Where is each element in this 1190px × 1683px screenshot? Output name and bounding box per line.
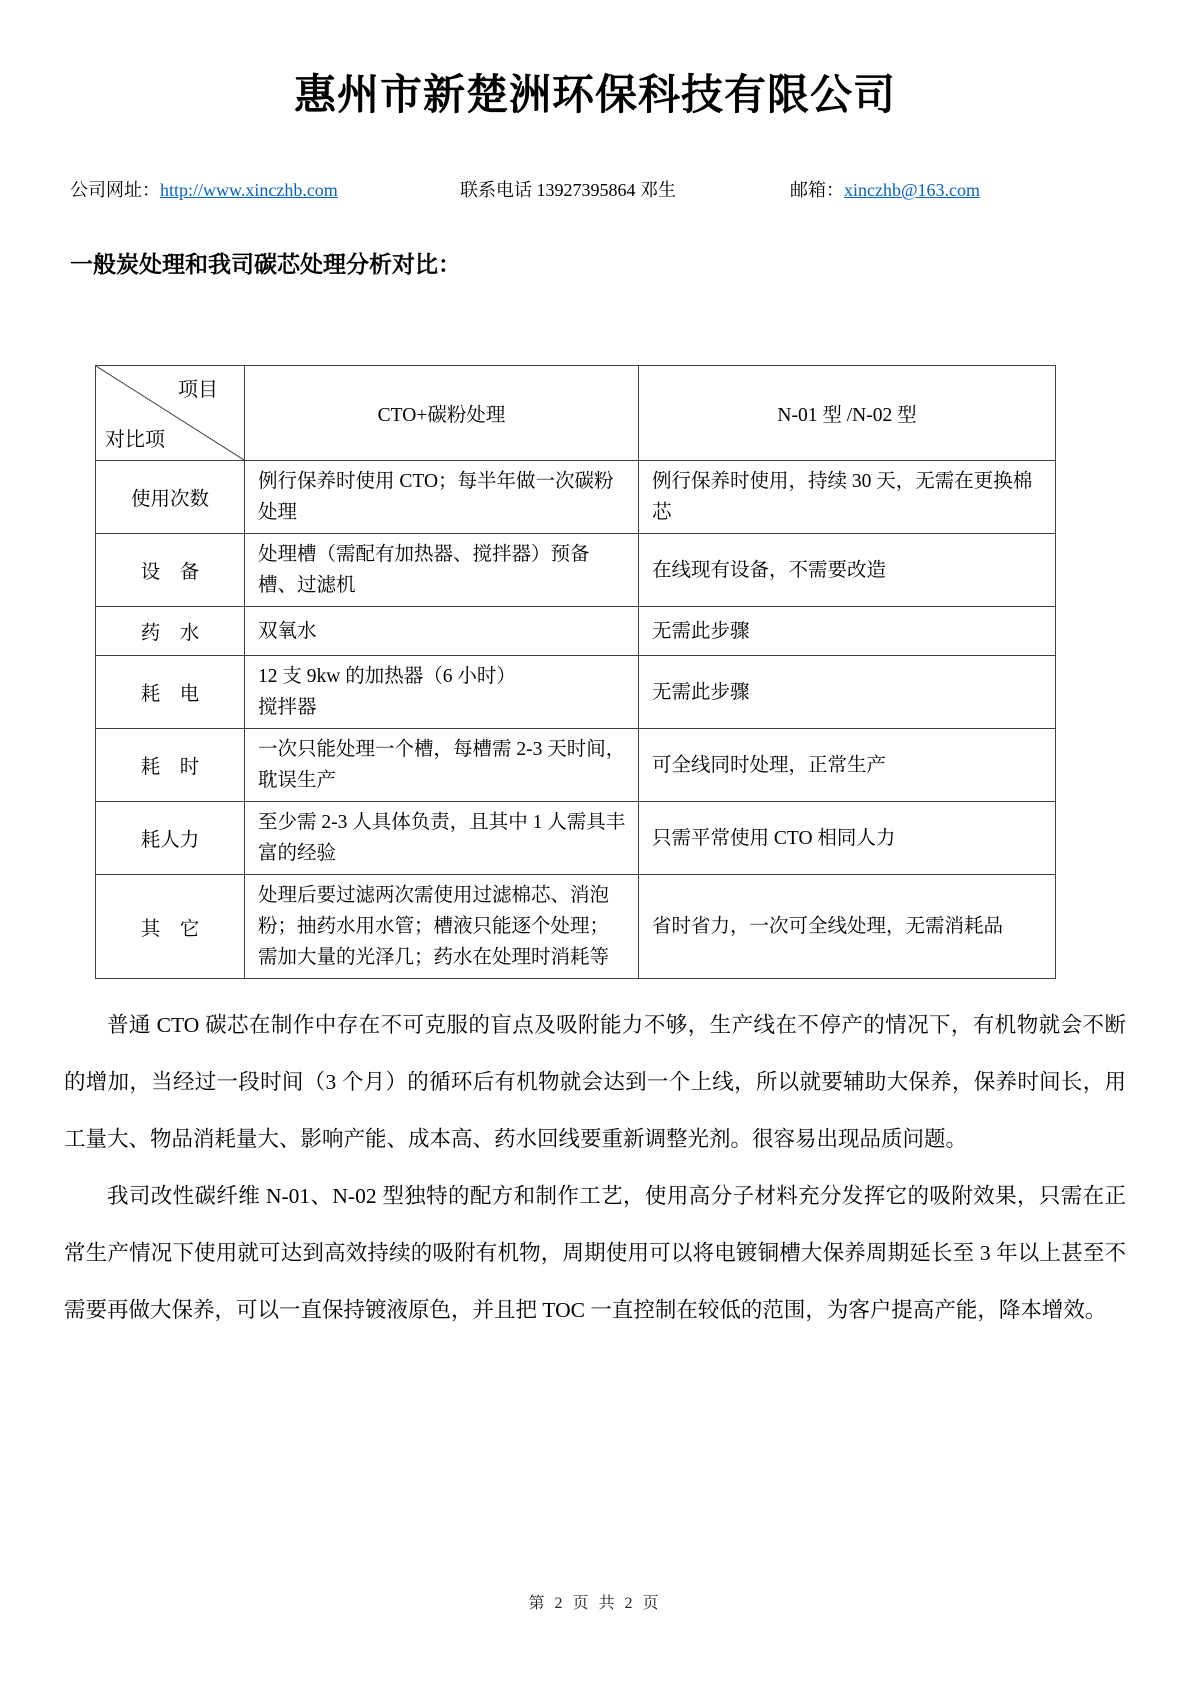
row-n-cell: 在线现有设备，不需要改造 (639, 534, 1056, 607)
row-label: 耗人力 (96, 802, 245, 875)
corner-top-label: 项目 (178, 373, 218, 402)
row-n-cell: 无需此步骤 (639, 656, 1056, 729)
email-link[interactable]: xinczhb@163.com (844, 180, 980, 200)
row-n-cell: 例行保养时使用，持续 30 天，无需在更换棉芯 (639, 461, 1056, 534)
row-cto-cell: 处理后要过滤两次需使用过滤棉芯、消泡粉；抽药水用水管；槽液只能逐个处理；需加大量… (245, 875, 639, 979)
table-row: 耗 时 一次只能处理一个槽，每槽需 2-3 天时间，耽误生产 可全线同时处理，正… (96, 729, 1056, 802)
row-cto-cell: 双氧水 (245, 607, 639, 656)
row-cto-cell: 一次只能处理一个槽，每槽需 2-3 天时间，耽误生产 (245, 729, 639, 802)
table-row: 耗 电 12 支 9kw 的加热器（6 小时） 搅拌器 无需此步骤 (96, 656, 1056, 729)
paragraph-2: 我司改性碳纤维 N-01、N-02 型独特的配方和制作工艺，使用高分子材料充分发… (64, 1168, 1126, 1339)
corner-bottom-label: 对比项 (105, 423, 165, 452)
row-label: 其 它 (96, 875, 245, 979)
row-label: 使用次数 (96, 461, 245, 534)
paragraph-1: 普通 CTO 碳芯在制作中存在不可克服的盲点及吸附能力不够，生产线在不停产的情况… (64, 997, 1126, 1168)
row-label: 耗 电 (96, 656, 245, 729)
website-label: 公司网址： (70, 180, 160, 200)
row-cto-cell: 例行保养时使用 CTO；每半年做一次碳粉处理 (245, 461, 639, 534)
document-page: 惠州市新楚洲环保科技有限公司 公司网址：http://www.xinczhb.c… (0, 0, 1190, 1683)
section-heading: 一般炭处理和我司碳芯处理分析对比： (70, 246, 1190, 279)
email-segment: 邮箱：xinczhb@163.com (790, 176, 1150, 202)
phone-text: 联系电话 13927395864 邓生 (460, 176, 790, 202)
corner-cell: 项目 对比项 (96, 366, 245, 461)
email-label: 邮箱： (790, 180, 844, 200)
row-n-cell: 只需平常使用 CTO 相同人力 (639, 802, 1056, 875)
row-cto-cell: 至少需 2-3 人具体负责，且其中 1 人需具丰富的经验 (245, 802, 639, 875)
row-label: 设 备 (96, 534, 245, 607)
row-cto-cell: 处理槽（需配有加热器、搅拌器）预备槽、过滤机 (245, 534, 639, 607)
table-row: 耗人力 至少需 2-3 人具体负责，且其中 1 人需具丰富的经验 只需平常使用 … (96, 802, 1056, 875)
table-row: 设 备 处理槽（需配有加热器、搅拌器）预备槽、过滤机 在线现有设备，不需要改造 (96, 534, 1056, 607)
row-cto-cell: 12 支 9kw 的加热器（6 小时） 搅拌器 (245, 656, 639, 729)
row-label: 药 水 (96, 607, 245, 656)
page-title: 惠州市新楚洲环保科技有限公司 (0, 62, 1190, 122)
table-header-row: 项目 对比项 CTO+碳粉处理 N-01 型 /N-02 型 (96, 366, 1056, 461)
contact-row: 公司网址：http://www.xinczhb.com 联系电话 1392739… (0, 176, 1190, 202)
column-header-n01: N-01 型 /N-02 型 (639, 366, 1056, 461)
row-n-cell: 省时省力，一次可全线处理，无需消耗品 (639, 875, 1056, 979)
page-number: 第 2 页 共 2 页 (0, 1590, 1190, 1613)
comparison-table: 项目 对比项 CTO+碳粉处理 N-01 型 /N-02 型 使用次数 例行保养… (95, 365, 1056, 979)
table-row: 使用次数 例行保养时使用 CTO；每半年做一次碳粉处理 例行保养时使用，持续 3… (96, 461, 1056, 534)
website-segment: 公司网址：http://www.xinczhb.com (70, 176, 460, 202)
table-row: 其 它 处理后要过滤两次需使用过滤棉芯、消泡粉；抽药水用水管；槽液只能逐个处理；… (96, 875, 1056, 979)
website-link[interactable]: http://www.xinczhb.com (160, 180, 338, 200)
table-row: 药 水 双氧水 无需此步骤 (96, 607, 1056, 656)
row-n-cell: 无需此步骤 (639, 607, 1056, 656)
row-n-cell: 可全线同时处理，正常生产 (639, 729, 1056, 802)
column-header-cto: CTO+碳粉处理 (245, 366, 639, 461)
row-label: 耗 时 (96, 729, 245, 802)
